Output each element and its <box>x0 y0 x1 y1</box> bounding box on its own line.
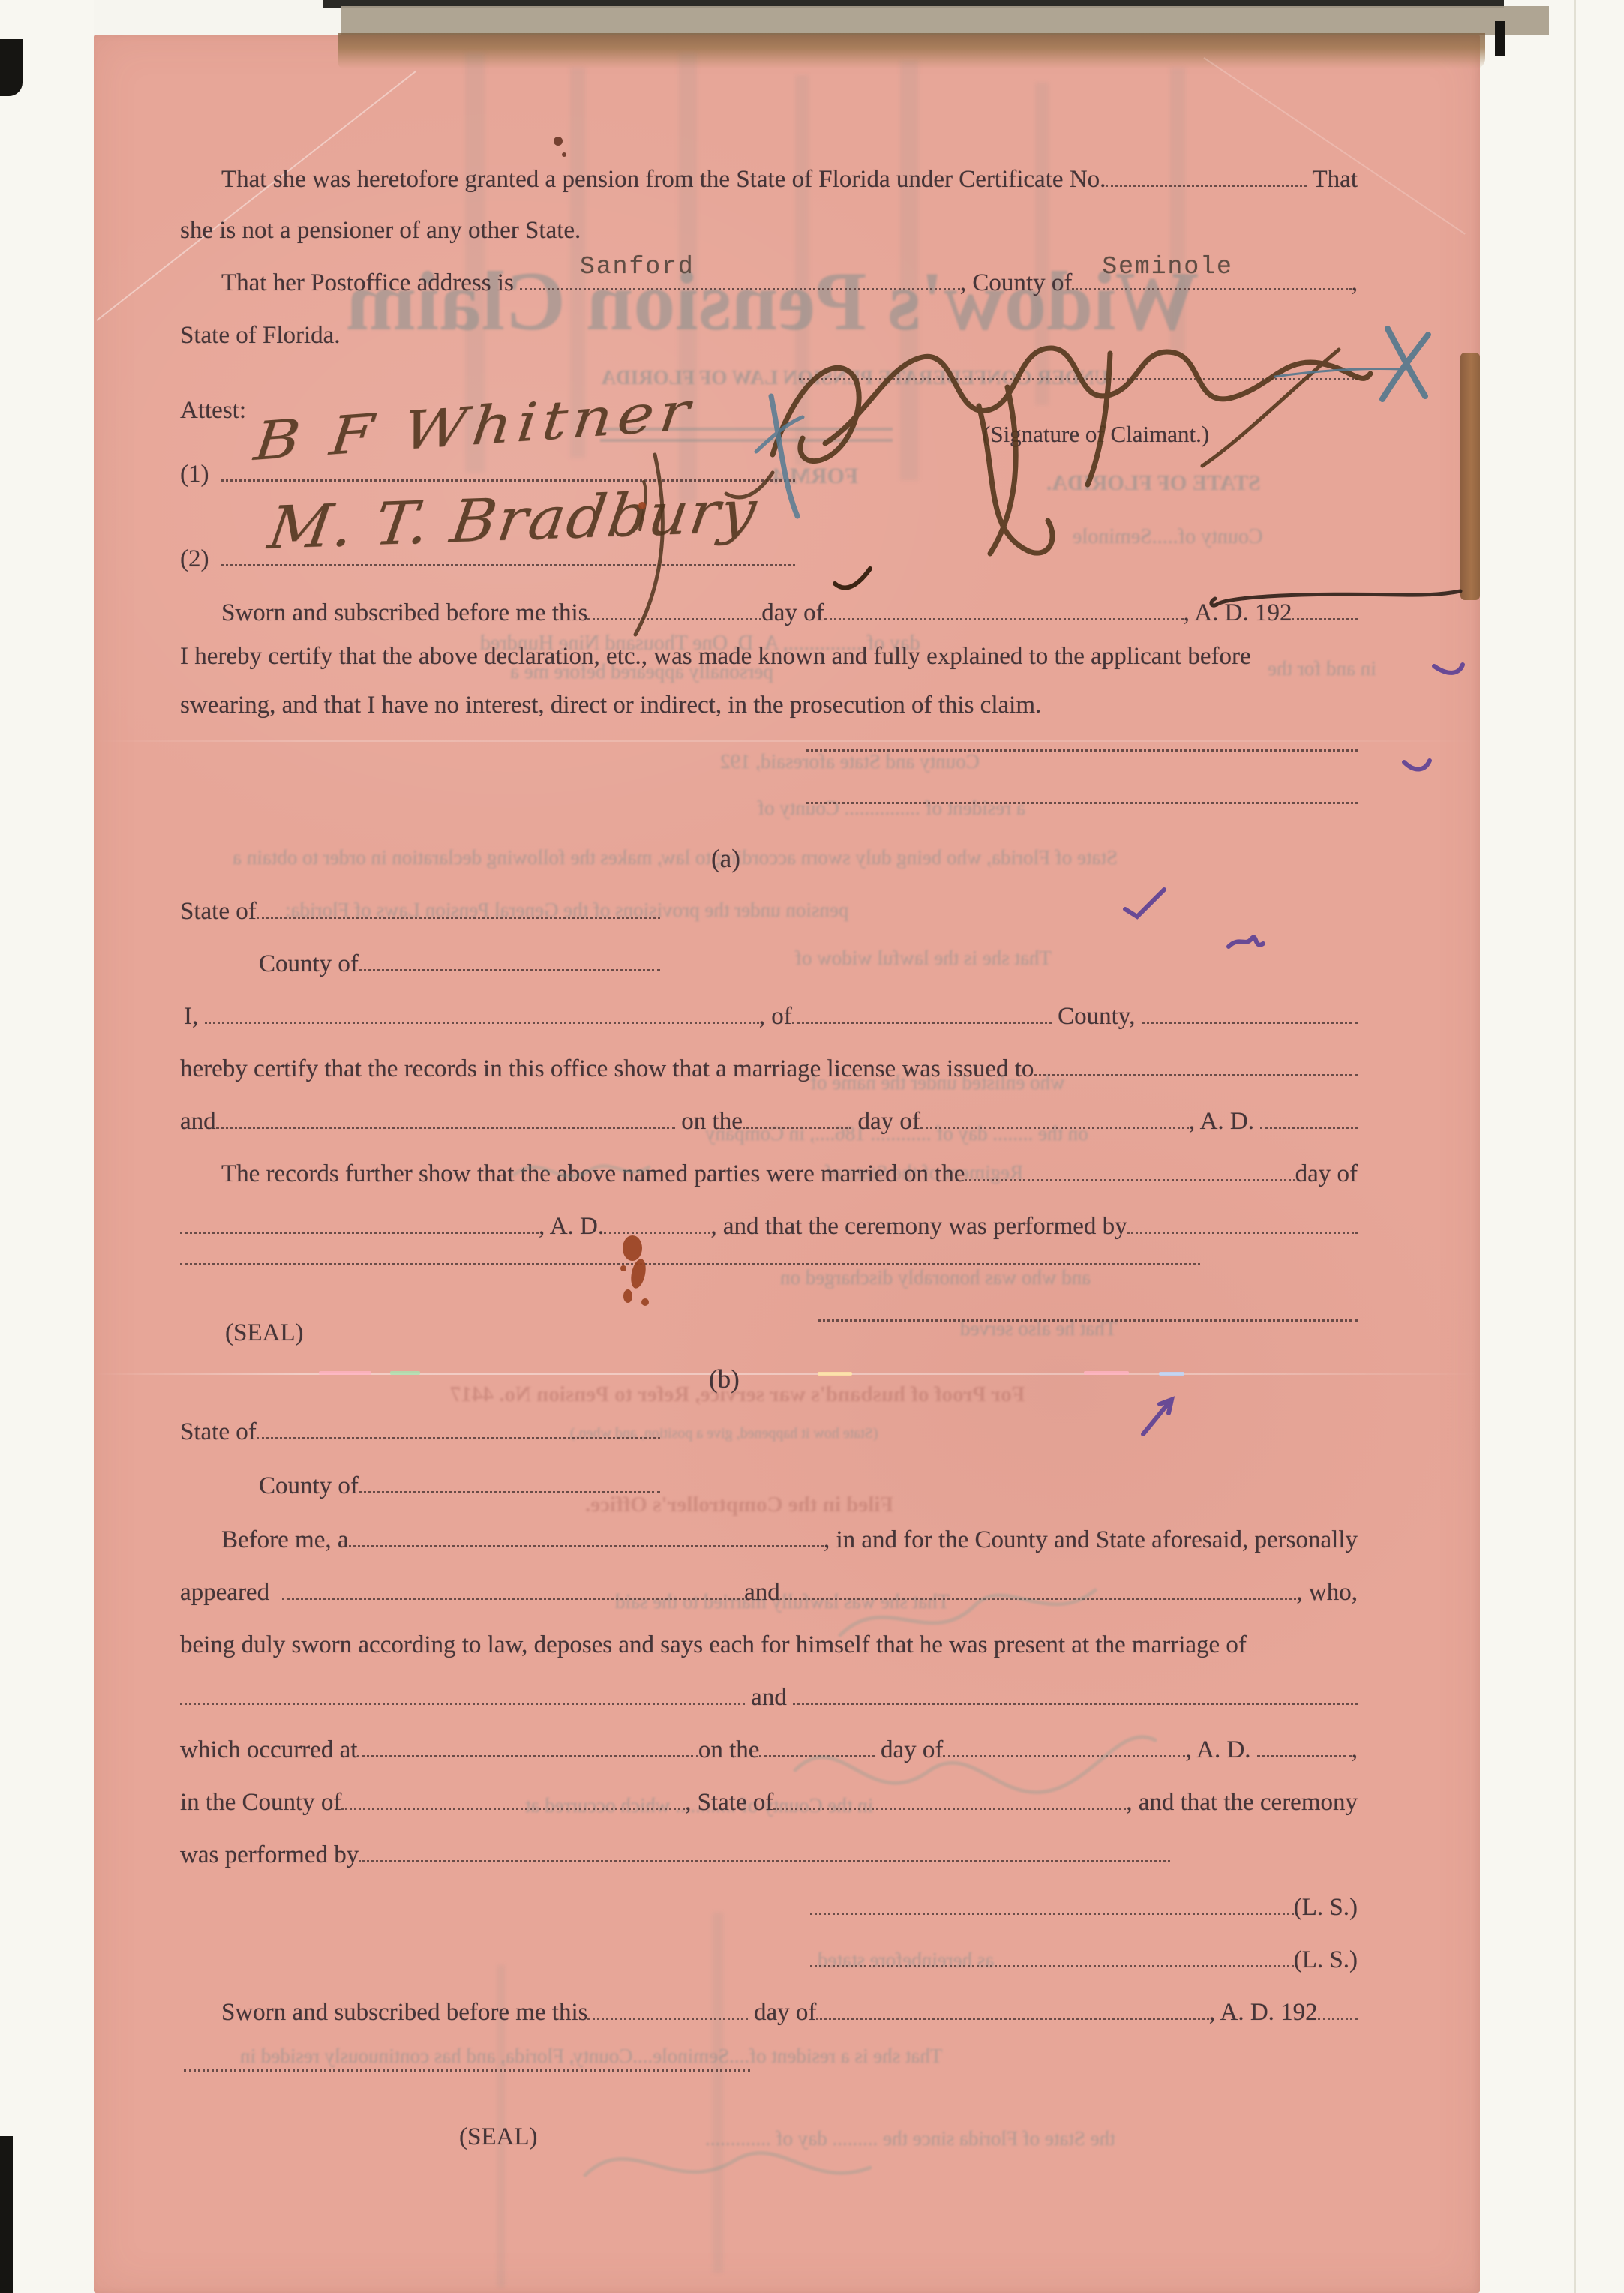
fold-glint <box>390 1371 420 1375</box>
printed-text: day of <box>875 1733 944 1767</box>
printed-text: on the <box>675 1104 743 1139</box>
printed-text: County of <box>259 947 359 981</box>
blank-field <box>1292 618 1358 620</box>
form-line: hereby certify that the records in this … <box>180 1052 1358 1086</box>
form-line: (SEAL) <box>459 2120 537 2154</box>
scan-seam-line <box>1574 0 1576 2293</box>
fold-crease <box>94 1373 1480 1375</box>
claimant-signature-check <box>835 569 870 588</box>
printed-text: , A. D. <box>539 1209 604 1244</box>
printed-text: Attest: <box>180 393 246 428</box>
form-line: I, , of County, <box>184 999 1358 1034</box>
typed-entry: Sanford <box>580 250 695 284</box>
printed-text: , in and for the County and State afores… <box>824 1523 1358 1557</box>
form-line: and <box>180 1680 1358 1715</box>
printed-text: , A. D. <box>1189 1104 1260 1139</box>
blank-field <box>806 802 1358 804</box>
printed-text: That her Postoffice address is <box>221 266 520 300</box>
printed-text: day of <box>851 1104 920 1139</box>
bleed-through-text: and who was honorably discharged on <box>780 1266 1091 1289</box>
blank-field <box>359 1491 660 1493</box>
printed-text: Sworn and subscribed before me this <box>221 596 587 630</box>
form-line <box>806 749 1358 752</box>
printed-text: was performed by <box>180 1838 359 1872</box>
blank-field <box>799 378 1358 380</box>
printed-text: being duly sworn according to law, depos… <box>180 1628 1247 1662</box>
printed-text: appeared <box>180 1575 282 1610</box>
form-line: in the County of, State of, and that the… <box>180 1785 1358 1820</box>
fold-glint <box>319 1371 371 1375</box>
bleed-through-text: County and State aforesaid, 192 <box>720 750 980 773</box>
printed-text: and <box>745 1680 793 1715</box>
typed-entry: Seminole <box>1102 250 1232 284</box>
printed-text: Sworn and subscribed before me this <box>221 1995 587 2030</box>
bleed-through-text: That she is the lawful widow of <box>795 947 1052 970</box>
printed-text: swearing, and that I have no interest, d… <box>180 688 1041 722</box>
form-line: The records further show that the above … <box>221 1157 1358 1191</box>
form-line: appeared and, who, <box>180 1575 1358 1610</box>
blank-field <box>943 1755 1185 1757</box>
form-line: (a) <box>711 842 740 876</box>
form-line: Sworn and subscribed before me thisday o… <box>221 596 1358 630</box>
form-line: (Signature of Claimant.) <box>983 417 1209 452</box>
blank-field: Seminole <box>1072 288 1351 290</box>
form-line: I hereby certify that the above declarat… <box>180 639 1358 674</box>
form-line: being duly sworn according to law, depos… <box>180 1628 1358 1662</box>
blank-field <box>357 1755 698 1757</box>
form-line: State of <box>180 1415 660 1449</box>
printed-text: , and that the ceremony was performed by <box>710 1209 1127 1244</box>
blank-field <box>221 564 795 566</box>
printed-text: (a) <box>711 842 740 876</box>
fold-crease-faint <box>94 740 1480 742</box>
form-line <box>818 1319 1358 1322</box>
form-line <box>799 378 1358 380</box>
bleed-through-text: a resident of ............... County of <box>758 797 1025 820</box>
printed-text: day of <box>761 596 824 630</box>
blank-field <box>810 1913 1294 1915</box>
corner-crease-right <box>1203 57 1465 235</box>
form-line <box>806 802 1358 804</box>
form-line: Before me, a, in and for the County and … <box>221 1523 1358 1557</box>
form-line <box>180 1263 1200 1265</box>
printed-text: (L. S.) <box>1294 1943 1358 1977</box>
fold-glint <box>1084 1371 1129 1375</box>
printed-text: County, <box>1052 999 1142 1034</box>
paper-texture-streak <box>1035 83 1049 405</box>
blank-field <box>818 1319 1358 1322</box>
printed-text: , <box>1352 1733 1358 1767</box>
blank-field <box>1106 185 1307 187</box>
scan-margin-left <box>0 0 94 2293</box>
blank-field <box>806 749 1358 752</box>
form-line: County of <box>259 1469 660 1503</box>
printed-text: (L. S.) <box>1294 1890 1358 1925</box>
printed-text: and <box>180 1104 216 1139</box>
scan-top-strip <box>341 6 1549 35</box>
form-line: Attest: <box>180 393 246 428</box>
printed-text: I, <box>184 999 205 1034</box>
form-line: swearing, and that I have no interest, d… <box>180 688 1041 722</box>
blank-field <box>1127 1232 1358 1234</box>
printed-text: which occurred at <box>180 1733 357 1767</box>
printed-text: State of <box>180 1415 257 1449</box>
fold-glint <box>818 1372 852 1376</box>
blank-field <box>1034 1074 1358 1076</box>
paper-texture-streak <box>1170 68 1185 353</box>
printed-text: , A. D. <box>1185 1733 1256 1767</box>
blank-field <box>1142 1022 1358 1024</box>
printed-text: day of <box>1295 1157 1358 1191</box>
blank-field <box>359 1860 1170 1862</box>
blank-field <box>184 2069 750 2072</box>
printed-text: I hereby certify that the above declarat… <box>180 639 1251 674</box>
printed-text: (Signature of Claimant.) <box>983 417 1209 452</box>
blank-field <box>1318 2018 1358 2020</box>
blank-field <box>282 1598 744 1600</box>
scanned-document: Widow's Pension ClaimUNDER CONFEDERATE P… <box>0 0 1624 2293</box>
form-line: That she was heretofore granted a pensio… <box>221 162 1358 197</box>
blank-field <box>920 1127 1189 1129</box>
blank-field: Sanford <box>520 288 960 290</box>
scan-margin-right <box>1480 0 1624 2293</box>
printed-text: day of <box>748 1995 817 2030</box>
blank-field <box>180 1703 745 1705</box>
bleed-through-text: State of Florida, who being duly sworn a… <box>233 846 1118 869</box>
scan-tick-top-right <box>1495 21 1505 56</box>
form-line: Sworn and subscribed before me this day … <box>221 1995 1358 2030</box>
blank-field <box>792 1022 1052 1024</box>
printed-text: , <box>1352 266 1358 300</box>
blank-field <box>810 1965 1294 1967</box>
form-line: (L. S.) <box>810 1943 1358 1977</box>
blank-field <box>587 2018 747 2020</box>
printed-text: County of <box>259 1469 359 1503</box>
printed-text: (SEAL) <box>459 2120 537 2154</box>
blank-field <box>349 1545 824 1547</box>
blank-field <box>205 1022 759 1024</box>
form-line <box>184 2069 750 2072</box>
form-line: she is not a pensioner of any other Stat… <box>180 213 581 248</box>
printed-text: , A. D. 192 <box>1209 1995 1318 2030</box>
printed-text: The records further show that the above … <box>221 1157 965 1191</box>
form-line: and on the day of, A. D. <box>180 1104 1358 1139</box>
printed-text: , who, <box>1296 1575 1358 1610</box>
blank-field <box>216 1127 675 1129</box>
blank-field <box>257 1437 660 1439</box>
form-line: County of <box>259 947 660 981</box>
printed-text: hereby certify that the records in this … <box>180 1052 1034 1086</box>
document-page: Widow's Pension ClaimUNDER CONFEDERATE P… <box>94 35 1480 2293</box>
printed-text: , of <box>759 999 792 1034</box>
blank-field <box>816 2018 1208 2020</box>
blank-field <box>773 1808 1126 1810</box>
printed-text: That <box>1307 162 1358 197</box>
bleed-through-text: County of.....Seminole <box>1073 525 1263 549</box>
form-line: That her Postoffice address is Sanford, … <box>221 266 1358 300</box>
blank-field <box>180 1263 1200 1265</box>
printed-text: and <box>744 1575 780 1610</box>
bleed-through-text: the State of Florida since the .........… <box>705 2127 1115 2150</box>
form-line: which occurred aton the day of, A. D. , <box>180 1733 1358 1767</box>
scan-edge-bottom-left <box>0 2136 13 2293</box>
printed-text: (SEAL) <box>225 1316 303 1350</box>
printed-text: , County of <box>960 266 1072 300</box>
printed-text: State of <box>180 894 257 929</box>
bleed-through-text: STATE OF FLORIDA. <box>1046 471 1260 496</box>
form-line: State of Florida. <box>180 318 341 353</box>
blank-field <box>824 618 1184 620</box>
printed-text: on the <box>698 1733 760 1767</box>
form-line: was performed by <box>180 1838 1170 1872</box>
blank-field <box>180 1232 539 1234</box>
scan-corner-top-left <box>0 39 23 96</box>
printed-text: Before me, a <box>221 1523 349 1557</box>
form-line: (SEAL) <box>225 1316 303 1350</box>
form-line: State of <box>180 894 660 929</box>
blank-field <box>341 1808 685 1810</box>
printed-text: , A. D. 192 <box>1184 596 1292 630</box>
blank-field <box>1260 1127 1358 1129</box>
blank-field <box>359 969 660 971</box>
printed-text: (1) <box>180 457 221 491</box>
printed-text: That she was heretofore granted a pensio… <box>221 162 1106 197</box>
blank-field <box>1257 1755 1352 1757</box>
form-line: , A. D., and that the ceremony was perfo… <box>180 1209 1358 1244</box>
form-line: (b) <box>709 1362 740 1397</box>
paper-texture-streak <box>713 1913 723 2273</box>
tape-strip-right <box>1460 353 1480 600</box>
blank-field <box>965 1179 1295 1181</box>
printed-text: (b) <box>709 1362 740 1397</box>
printed-text: she is not a pensioner of any other Stat… <box>180 213 581 248</box>
blank-field <box>257 917 660 919</box>
printed-text: (2) <box>180 542 221 576</box>
printed-text: State of Florida. <box>180 318 341 353</box>
blank-field <box>780 1598 1297 1600</box>
printed-text: in the County of <box>180 1785 341 1820</box>
printed-text: , and that the ceremony <box>1126 1785 1358 1820</box>
fold-glint <box>1159 1372 1184 1376</box>
form-line: (L. S.) <box>810 1890 1358 1925</box>
blank-field <box>587 618 761 620</box>
printed-text: , State of <box>685 1785 773 1820</box>
blank-field <box>793 1703 1358 1705</box>
blank-field <box>604 1232 710 1234</box>
blank-field <box>759 1755 874 1757</box>
bleed-through-text: That she is a resident of....Seminole...… <box>240 2045 942 2068</box>
blank-field <box>743 1127 851 1129</box>
